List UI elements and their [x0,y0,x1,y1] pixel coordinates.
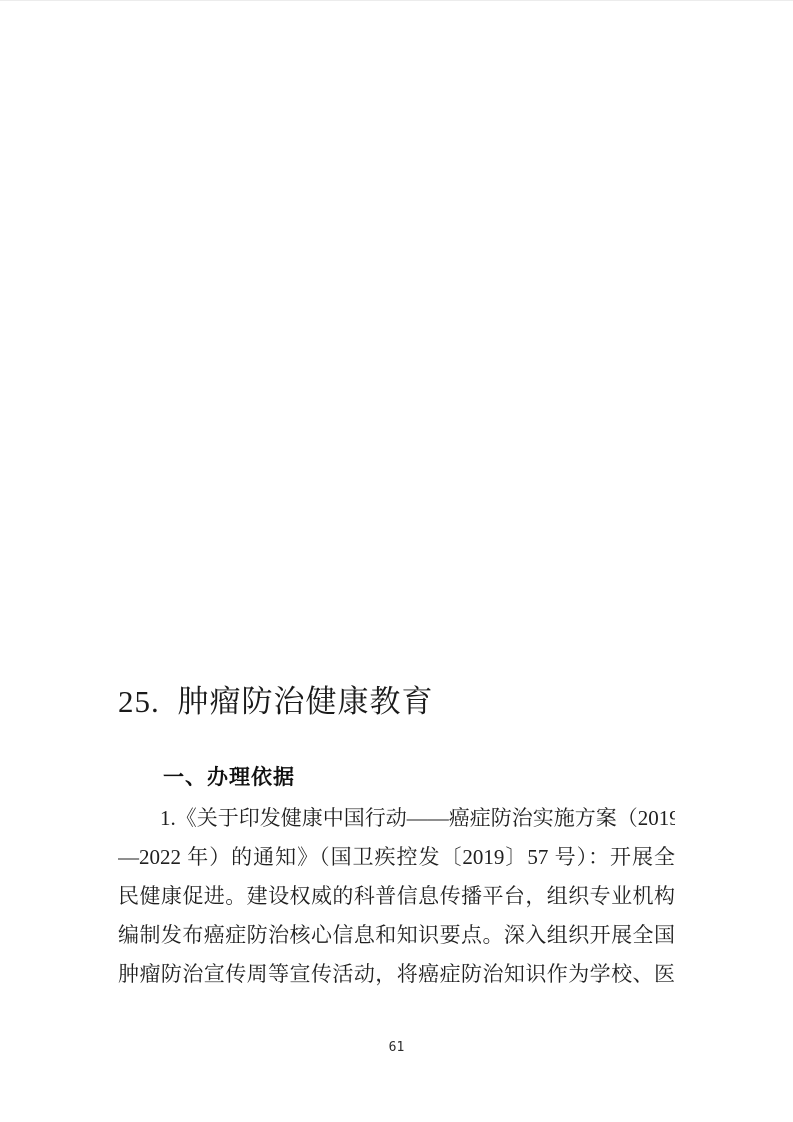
chapter-title: 25. 肿瘤防治健康教育 [118,676,434,721]
section-heading: 一、办理依据 [163,761,295,791]
paragraph-line: 编制发布癌症防治核心信息和知识要点。深入组织开展全国 [118,916,675,955]
page-top-edge-divider [0,0,793,1]
paragraph-line: —2022 年）的通知》（国卫疾控发〔2019〕57 号）：开展全 [118,838,675,877]
page-number: 61 [0,1040,793,1055]
paragraph-line: 肿瘤防治宣传周等宣传活动，将癌症防治知识作为学校、医 [118,955,675,994]
body-paragraph: 1.《关于印发健康中国行动——癌症防治实施方案（2019 —2022 年）的通知… [118,799,675,994]
paragraph-line: 1.《关于印发健康中国行动——癌症防治实施方案（2019 [118,799,675,838]
paragraph-line: 民健康促进。建设权威的科普信息传播平台，组织专业机构 [118,877,675,916]
document-page: 25. 肿瘤防治健康教育 一、办理依据 1.《关于印发健康中国行动——癌症防治实… [0,0,793,1122]
